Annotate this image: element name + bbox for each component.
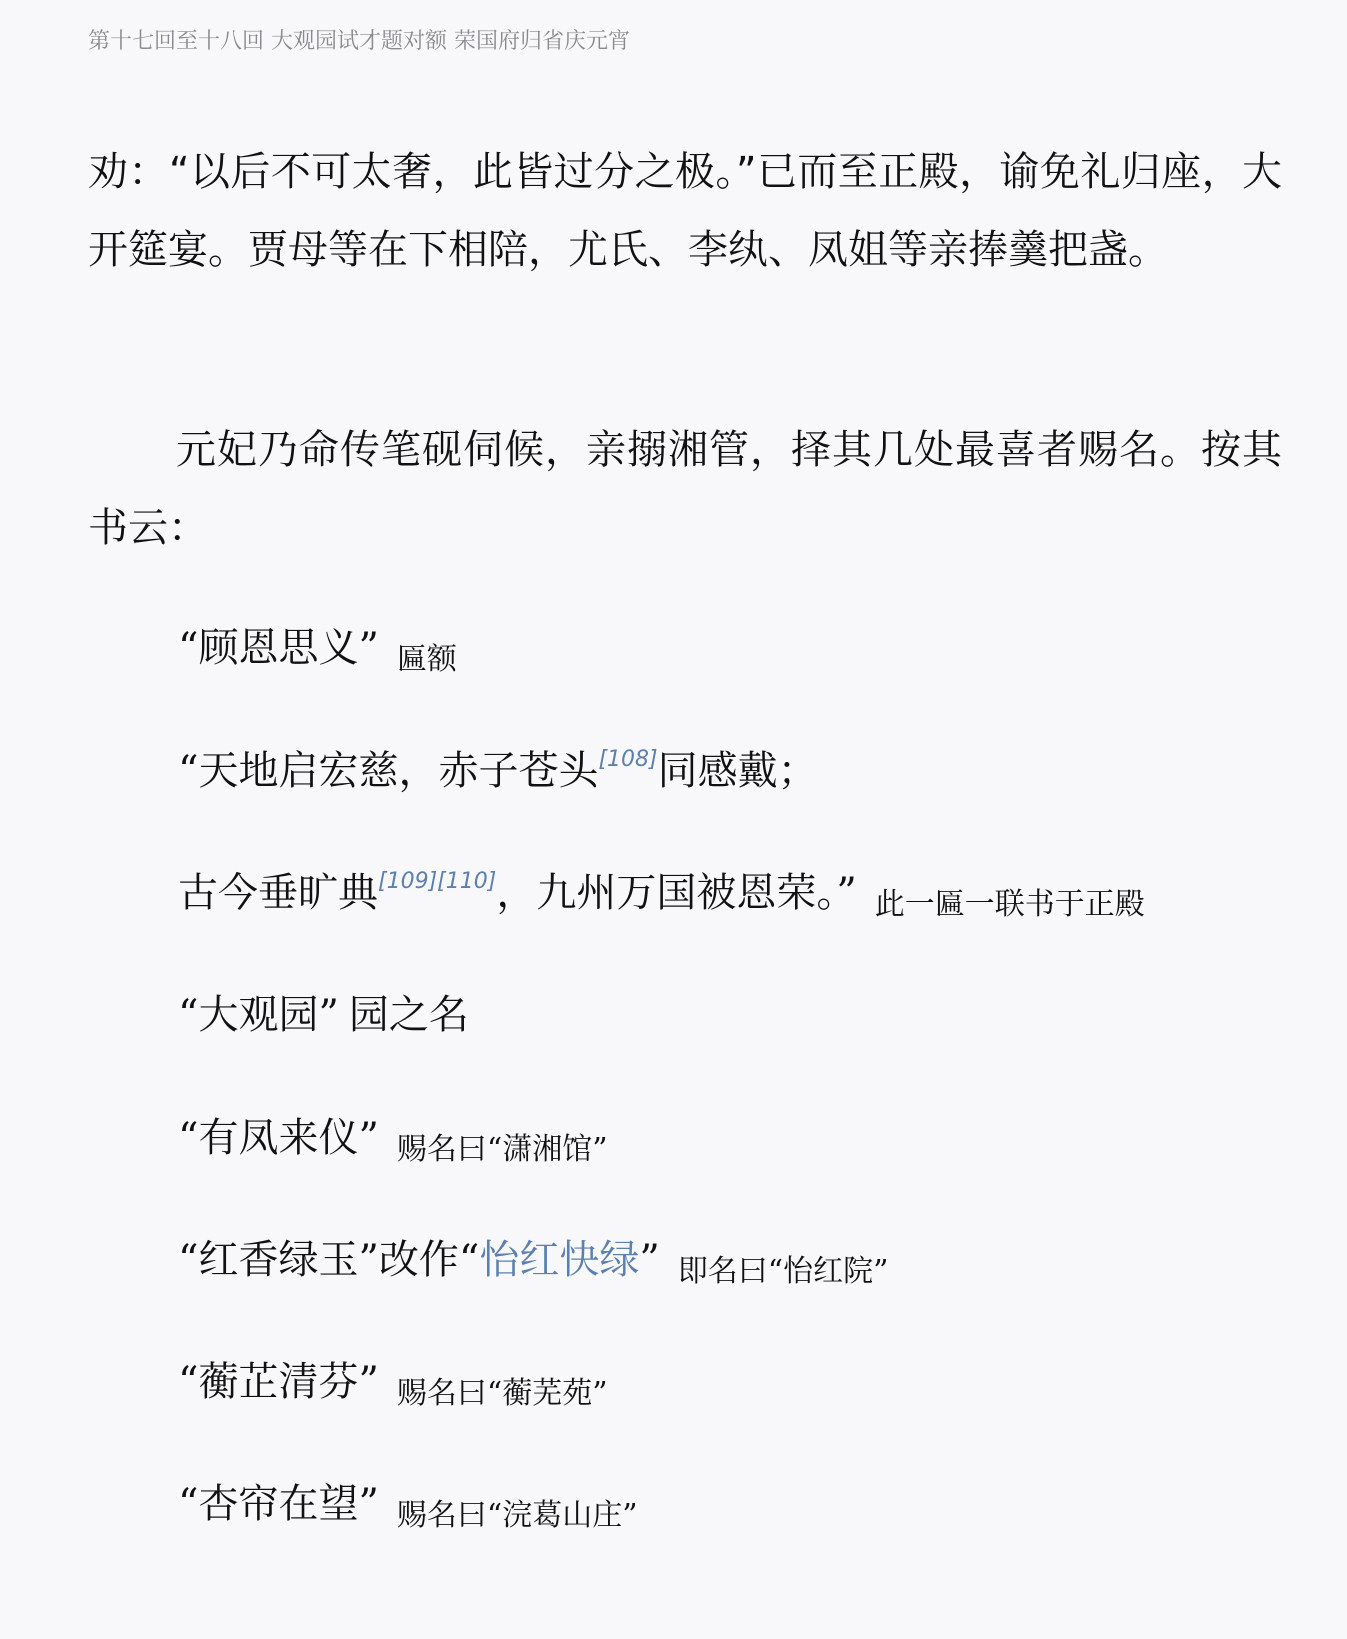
verse-text: “大观园” [178, 992, 339, 1038]
verse-text: “红香绿玉”改作“ [178, 1237, 479, 1283]
verse-text: 同感戴； [658, 748, 818, 794]
verse-text: ，九州万国被恩荣。” [496, 870, 856, 916]
paragraph-banquet: 劝：“以后不可太奢，此皆过分之极。”已而至正殿，谕免礼归座，大开筵宴。贾母等在下… [88, 133, 1282, 289]
verse-note: 赐名曰“潇湘馆” [397, 1132, 608, 1167]
verse-text: “顾恩思义” [178, 625, 379, 671]
verse-text: “天地启宏慈，赤子苍头 [178, 748, 598, 794]
verse-note: 匾额 [397, 642, 457, 677]
verse-text: “杏帘在望” [178, 1481, 379, 1527]
verse-hengzhiqingfen: “蘅芷清芬”赐名曰“蘅芜苑” [178, 1352, 608, 1416]
verse-text: ” [639, 1237, 659, 1283]
verse-note: 此一匾一联书于正殿 [875, 887, 1145, 922]
verse-note: 园之名 [349, 992, 469, 1038]
verse-note: 赐名曰“蘅芜苑” [397, 1376, 608, 1411]
verse-plaque-guenyisi: “顾恩思义”匾额 [178, 618, 457, 682]
verse-couplet-line-1: “天地启宏慈，赤子苍头[108]同感戴； [178, 741, 818, 801]
highlighted-phrase-yihongkuailv[interactable]: 怡红快绿 [479, 1237, 639, 1283]
verse-garden-name: “大观园”园之名 [178, 985, 469, 1045]
verse-couplet-line-2: 古今垂旷典[109][110]，九州万国被恩荣。”此一匾一联书于正殿 [178, 863, 1145, 927]
verse-xingliánzaiwang: “杏帘在望”赐名曰“浣葛山庄” [178, 1474, 638, 1538]
verse-hongxianglvyu: “红香绿玉”改作“怡红快绿”即名曰“怡红院” [178, 1230, 889, 1294]
chapter-running-header: 第十七回至十八回 大观园试才题对额 荣国府归省庆元宵 [88, 24, 630, 55]
verse-note: 即名曰“怡红院” [678, 1254, 889, 1289]
verse-text: “有凤来仪” [178, 1115, 379, 1161]
verse-note: 赐名曰“浣葛山庄” [397, 1498, 638, 1533]
paragraph-naming: 元妃乃命传笔砚伺候，亲搦湘管，择其几处最喜者赐名。按其书云： [88, 411, 1282, 567]
verse-text: “蘅芷清芬” [178, 1359, 379, 1405]
verse-text: 古今垂旷典 [178, 870, 378, 916]
footnote-ref-109-110[interactable]: [109][110] [378, 869, 496, 894]
verse-youfenglaiyi: “有凤来仪”赐名曰“潇湘馆” [178, 1108, 608, 1172]
footnote-ref-108[interactable]: [108] [598, 747, 657, 772]
